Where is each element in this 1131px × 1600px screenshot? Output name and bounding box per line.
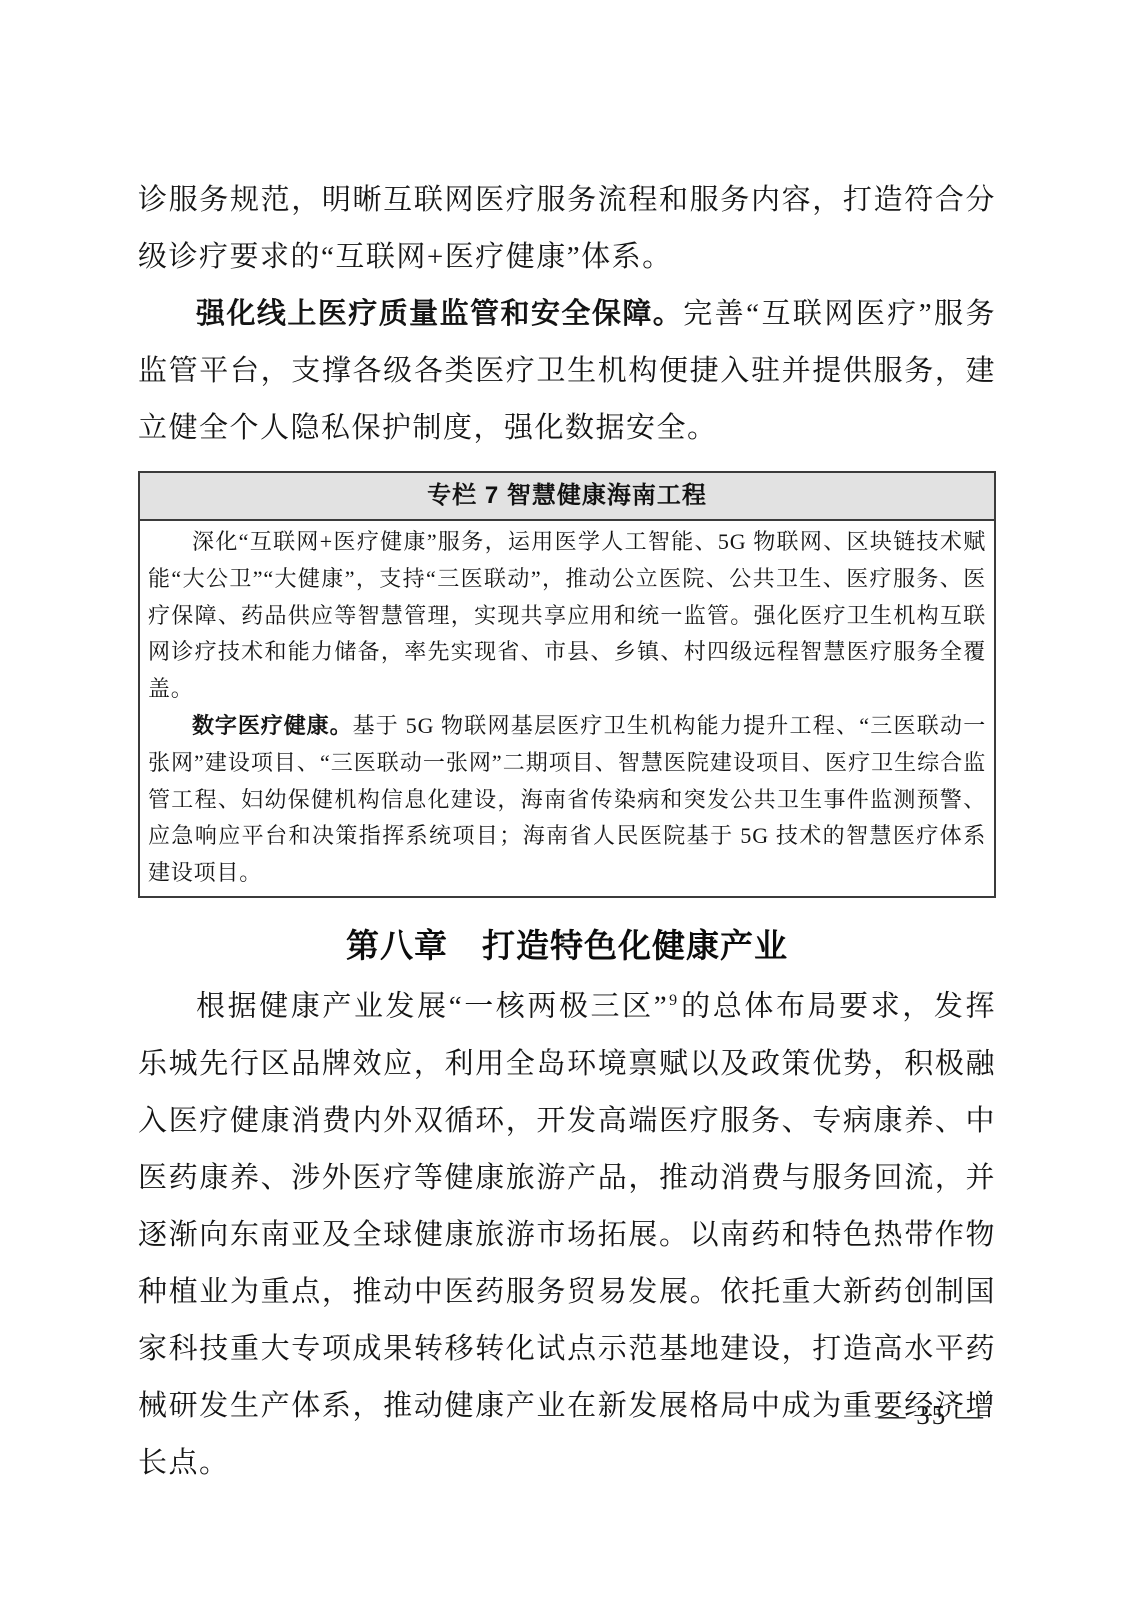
page-content: 诊服务规范，明晰互联网医疗服务流程和服务内容，打造符合分级诊疗要求的“互联网+医… (138, 172, 996, 1492)
paragraph-health-industry-layout: 根据健康产业发展“一核两极三区”9的总体布局要求，发挥乐城先行区品牌效应，利用全… (138, 972, 996, 1492)
chapter-8-heading: 第八章 打造特色化健康产业 (138, 924, 996, 968)
paragraph-text-after-footnote: 的总体布局要求，发挥乐城先行区品牌效应，利用全岛环境禀赋以及政策优势，积极融入医… (138, 991, 996, 1479)
column-box-title: 专栏 7 智慧健康海南工程 (140, 473, 994, 521)
paragraph-online-medical-supervision: 强化线上医疗质量监管和安全保障。完善“互联网医疗”服务监管平台，支撑各级各类医疗… (138, 286, 996, 457)
footnote-reference-9: 9 (668, 992, 680, 1009)
paragraph-bold-lead: 强化线上医疗质量监管和安全保障。 (196, 298, 683, 330)
paragraph-text-before-footnote: 根据健康产业发展“一核两极三区” (196, 991, 668, 1023)
column-box-body: 深化“互联网+医疗健康”服务，运用医学人工智能、5G 物联网、区块链技术赋能“大… (140, 521, 994, 896)
page-number: — 35 — (879, 1400, 986, 1431)
paragraph-continued-from-previous-page: 诊服务规范，明晰互联网医疗服务流程和服务内容，打造符合分级诊疗要求的“互联网+医… (138, 172, 996, 286)
column-box-7-smart-health-hainan: 专栏 7 智慧健康海南工程 深化“互联网+医疗健康”服务，运用医学人工智能、5G… (138, 471, 996, 898)
document-page: { "content": { "para_continued": "诊服务规范，… (0, 0, 1131, 1600)
column-box-paragraph-bold-lead: 数字医疗健康。 (192, 713, 353, 738)
column-box-paragraph-internet-plus-health: 深化“互联网+医疗健康”服务，运用医学人工智能、5G 物联网、区块链技术赋能“大… (148, 524, 986, 708)
column-box-paragraph-digital-medical-health: 数字医疗健康。基于 5G 物联网基层医疗卫生机构能力提升工程、“三医联动一张网”… (148, 708, 986, 892)
column-box-paragraph-body-text: 基于 5G 物联网基层医疗卫生机构能力提升工程、“三医联动一张网”建设项目、“三… (148, 713, 986, 885)
